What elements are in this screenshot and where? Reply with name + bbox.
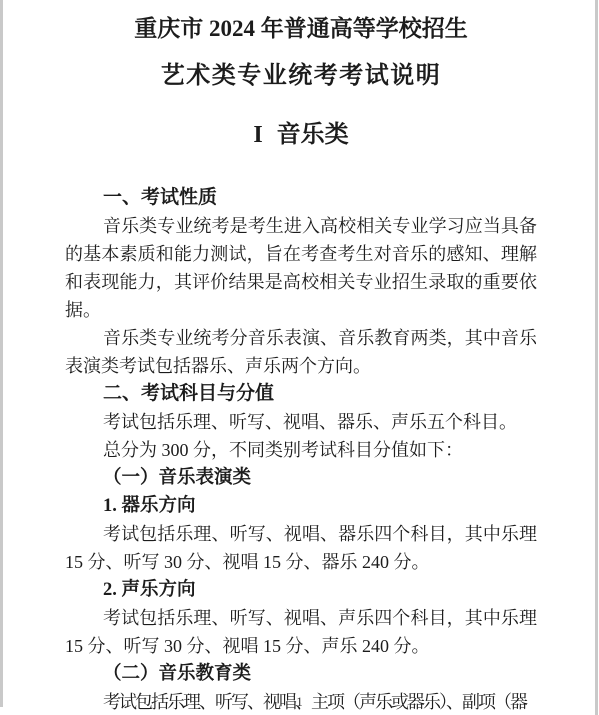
page-number: 1 [0,694,599,710]
document-content: 重庆市 2024 年普通高等学校招生 艺术类专业统考考试说明 I 音乐类 一、考… [65,0,537,715]
subsection-education-heading: （二）音乐教育类 [103,660,537,688]
document-title-line-2: 艺术类专业统考考试说明 [65,59,537,93]
section-1-paragraph-2: 音乐类专业统考分音乐表演、音乐教育两类，其中音乐表演类考试包括器乐、声乐两个方向… [65,324,537,380]
vocal-direction-body: 考试包括乐理、听写、视唱、声乐四个科目，其中乐理 15 分、听写 30 分、视唱… [65,604,537,660]
section-1-paragraph-1: 音乐类专业统考是考生进入高校相关专业学习应当具备的基本素质和能力测试，旨在考查考… [65,212,537,324]
instrumental-direction-body: 考试包括乐理、听写、视唱、器乐四个科目，其中乐理 15 分、听写 30 分、视唱… [65,520,537,576]
vocal-direction-heading: 2. 声乐方向 [103,576,537,604]
section-2-intro-subjects: 考试包括乐理、听写、视唱、器乐、声乐五个科目。 [65,408,537,436]
section-2-heading-subjects-scores: 二、考试科目与分值 [103,380,537,408]
page-left-edge-shadow [0,0,3,707]
page-right-edge-shadow [595,0,598,715]
document-page: 重庆市 2024 年普通高等学校招生 艺术类专业统考考试说明 I 音乐类 一、考… [0,0,599,715]
section-2-intro-total-score: 总分为 300 分，不同类别考试科目分值如下： [65,436,537,464]
section-1-heading-exam-nature: 一、考试性质 [103,184,537,212]
category-heading-music: I 音乐类 [65,119,537,151]
instrumental-direction-heading: 1. 器乐方向 [103,492,537,520]
document-title-line-1: 重庆市 2024 年普通高等学校招生 [65,12,537,46]
subsection-performance-heading: （一）音乐表演类 [103,464,537,492]
